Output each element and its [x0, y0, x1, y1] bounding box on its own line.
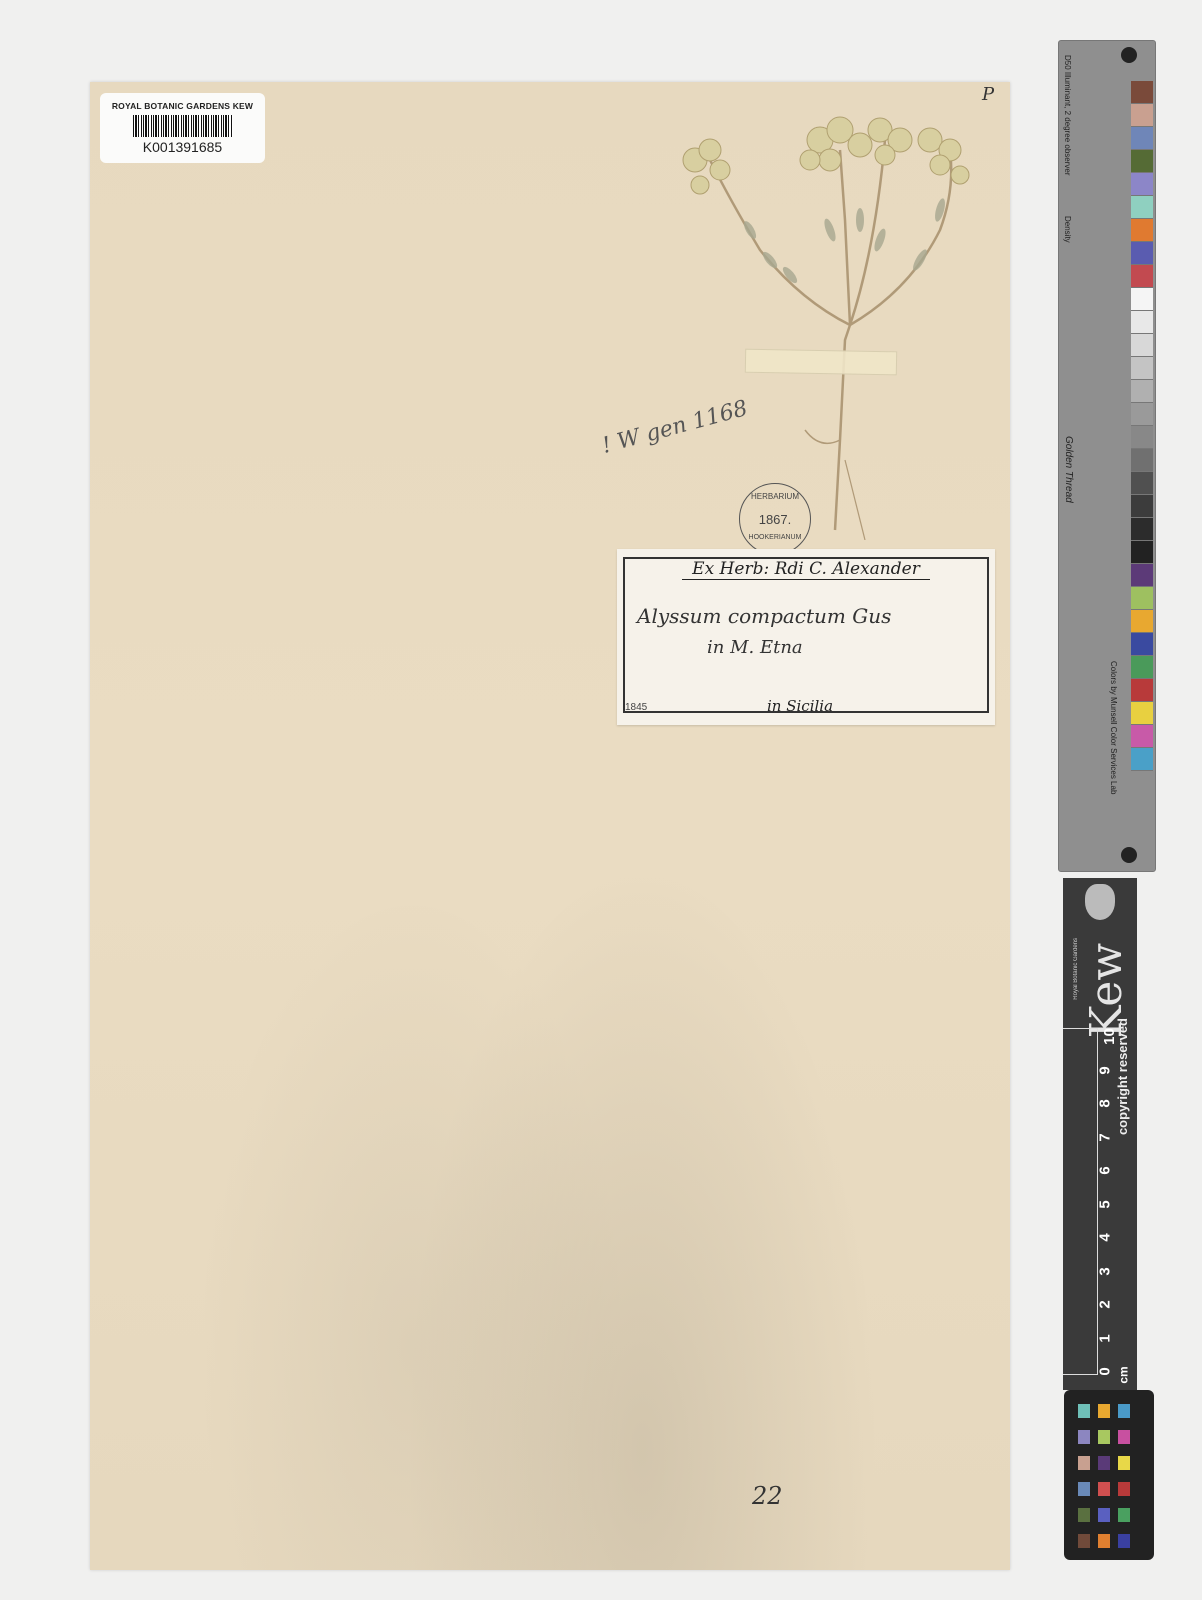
color-swatch — [1131, 334, 1153, 357]
scale-tick-label: 9 — [1097, 1066, 1114, 1074]
collection-label: Ex Herb: Rdi C. Alexander Alyssum compac… — [617, 549, 995, 725]
barcode-label: ROYAL BOTANIC GARDENS KEW K001391685 — [100, 93, 265, 163]
color-swatch — [1131, 265, 1153, 288]
scale-tick-label: 1 — [1097, 1334, 1114, 1342]
institution-name: ROYAL BOTANIC GARDENS KEW — [100, 101, 265, 111]
checker-patch — [1078, 1456, 1090, 1470]
checker-patch — [1098, 1534, 1110, 1548]
color-swatch — [1131, 380, 1153, 403]
hole-icon — [1121, 847, 1137, 863]
color-chart-credit: Colors by Munsell Color Services Lab — [1109, 661, 1118, 794]
color-swatch — [1131, 196, 1153, 219]
herbarium-stamp: HERBARIUM 1867. HOOKERIANUM — [739, 483, 811, 555]
color-swatch — [1131, 311, 1153, 334]
color-swatch — [1131, 127, 1153, 150]
scale-tick-label: 0 — [1097, 1367, 1114, 1375]
checker-patch — [1098, 1508, 1110, 1522]
scale-tick-label: 3 — [1097, 1267, 1114, 1275]
color-swatches — [1131, 81, 1153, 771]
color-swatch — [1131, 610, 1153, 633]
color-chart-title: D50 Illuminant, 2 degree observer — [1063, 55, 1072, 176]
unit-label: cm — [1117, 1366, 1131, 1383]
color-swatch — [1131, 587, 1153, 610]
barcode — [133, 115, 233, 137]
scale-tick-label: 4 — [1097, 1233, 1114, 1241]
color-swatch — [1131, 679, 1153, 702]
color-chart: D50 Illuminant, 2 degree observer Densit… — [1058, 40, 1156, 872]
color-swatch — [1131, 219, 1153, 242]
density-label: Density — [1063, 216, 1072, 243]
checker-patch — [1078, 1482, 1090, 1496]
hole-icon — [1121, 47, 1137, 63]
checker-patch — [1118, 1508, 1130, 1522]
color-swatch — [1131, 656, 1153, 679]
color-swatch — [1131, 564, 1153, 587]
color-swatch — [1131, 81, 1153, 104]
color-swatch — [1131, 449, 1153, 472]
color-chart-brand: Golden Thread — [1063, 436, 1074, 503]
checker-patch — [1118, 1430, 1130, 1444]
checker-patch — [1118, 1482, 1130, 1496]
color-swatch — [1131, 242, 1153, 265]
checker-patch — [1118, 1404, 1130, 1418]
color-swatch — [1131, 748, 1153, 771]
scale-tick-label: 5 — [1097, 1200, 1114, 1208]
scale-tick-label: 2 — [1097, 1300, 1114, 1308]
checker-patch — [1098, 1430, 1110, 1444]
color-swatch — [1131, 104, 1153, 127]
checker-patch — [1078, 1404, 1090, 1418]
color-swatch — [1131, 150, 1153, 173]
mounting-tape — [745, 349, 897, 376]
label-frame — [623, 557, 989, 713]
stamp-bottom-text: HOOKERIANUM — [740, 534, 810, 541]
checker-patch — [1078, 1508, 1090, 1522]
checker-patch — [1098, 1482, 1110, 1496]
stamp-year: 1867. — [740, 512, 810, 527]
color-swatch — [1131, 173, 1153, 196]
scale-subtitle: Royal Botanic Gardens — [1073, 938, 1079, 1000]
label-header: Ex Herb: Rdi C. Alexander — [682, 559, 930, 580]
taxon-name: Alyssum compactum Gus — [637, 604, 891, 628]
barcode-number: K001391685 — [100, 139, 265, 155]
checker-patch — [1078, 1534, 1090, 1548]
color-swatch — [1131, 357, 1153, 380]
color-swatch — [1131, 725, 1153, 748]
checker-patch — [1118, 1534, 1130, 1548]
color-swatch — [1131, 518, 1153, 541]
color-swatch — [1131, 426, 1153, 449]
locality: in M. Etna — [707, 637, 803, 658]
checker-patch — [1098, 1404, 1110, 1418]
color-checker — [1064, 1390, 1154, 1560]
collection-year: 1845 — [625, 702, 647, 713]
scale-tick-label: 8 — [1097, 1099, 1114, 1107]
region: in Sicilia — [767, 697, 833, 715]
color-swatch — [1131, 472, 1153, 495]
scale-bar: Royal Botanic Gardens Kew 012345678910 c… — [1063, 878, 1137, 1390]
plant-specimen — [650, 100, 980, 540]
scale-tick-label: 6 — [1097, 1166, 1114, 1174]
color-swatch — [1131, 633, 1153, 656]
stamp-top-text: HERBARIUM — [740, 492, 810, 501]
color-swatch — [1131, 495, 1153, 518]
scale-tick-label: 7 — [1097, 1133, 1114, 1141]
crest-icon — [1085, 884, 1115, 920]
color-swatch — [1131, 541, 1153, 564]
checker-patch — [1098, 1456, 1110, 1470]
copyright-text: copyright reserved — [1115, 1018, 1130, 1135]
corner-mark: P — [982, 84, 994, 105]
checker-patch — [1118, 1456, 1130, 1470]
bottom-number: 22 — [752, 1482, 783, 1510]
color-swatch — [1131, 403, 1153, 426]
color-swatch — [1131, 702, 1153, 725]
ruler-ticks — [1063, 1028, 1098, 1375]
checker-patch — [1078, 1430, 1090, 1444]
color-swatch — [1131, 288, 1153, 311]
